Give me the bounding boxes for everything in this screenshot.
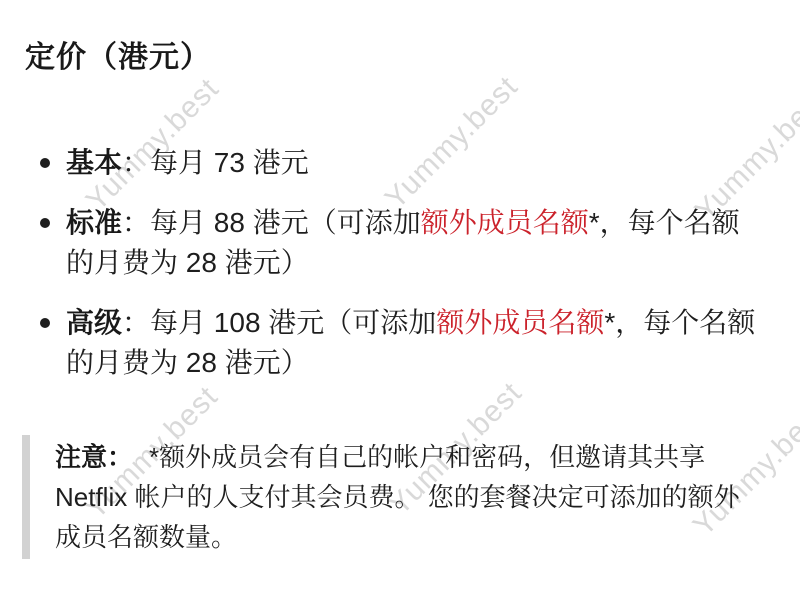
page-title: 定价（港元） bbox=[25, 38, 800, 78]
plan-separator: ： bbox=[122, 147, 150, 178]
bullet-icon bbox=[40, 218, 50, 228]
pricing-page: Yummy.best Yummy.best Yummy.best Yummy.b… bbox=[0, 0, 800, 592]
article-content: 定价（港元） 基本：每月 73 港元 标准：每月 88 港元（可添加额外成员名额… bbox=[0, 0, 800, 559]
note-label: 注意： bbox=[55, 442, 133, 472]
extra-member-link[interactable]: 额外成员名额 bbox=[421, 207, 589, 238]
plan-name-label: 高级 bbox=[66, 307, 122, 338]
bullet-icon bbox=[40, 158, 50, 168]
pricing-list: 基本：每月 73 港元 标准：每月 88 港元（可添加额外成员名额*，每个名额的… bbox=[25, 143, 800, 383]
plan-price-text: 每月 108 港元（可添加 bbox=[150, 307, 436, 338]
extra-member-link[interactable]: 额外成员名额 bbox=[436, 307, 604, 338]
plan-price-text: 每月 73 港元 bbox=[150, 147, 309, 178]
bullet-icon bbox=[40, 318, 50, 328]
pricing-item-basic: 基本：每月 73 港元 bbox=[25, 143, 758, 183]
note-blockquote: 注意：*额外成员会有自己的帐户和密码，但邀请其共享 Netflix 帐户的人支付… bbox=[22, 435, 745, 559]
plan-name-label: 基本 bbox=[66, 147, 122, 178]
pricing-item-standard: 标准：每月 88 港元（可添加额外成员名额*，每个名额的月费为 28 港元） bbox=[25, 203, 758, 283]
plan-name-label: 标准 bbox=[66, 207, 122, 238]
plan-separator: ： bbox=[122, 307, 150, 338]
plan-price-text: 每月 88 港元（可添加 bbox=[150, 207, 421, 238]
note-text: *额外成员会有自己的帐户和密码，但邀请其共享 Netflix 帐户的人支付其会员… bbox=[55, 442, 740, 552]
plan-separator: ： bbox=[122, 207, 150, 238]
pricing-item-premium: 高级：每月 108 港元（可添加额外成员名额*，每个名额的月费为 28 港元） bbox=[25, 303, 758, 383]
